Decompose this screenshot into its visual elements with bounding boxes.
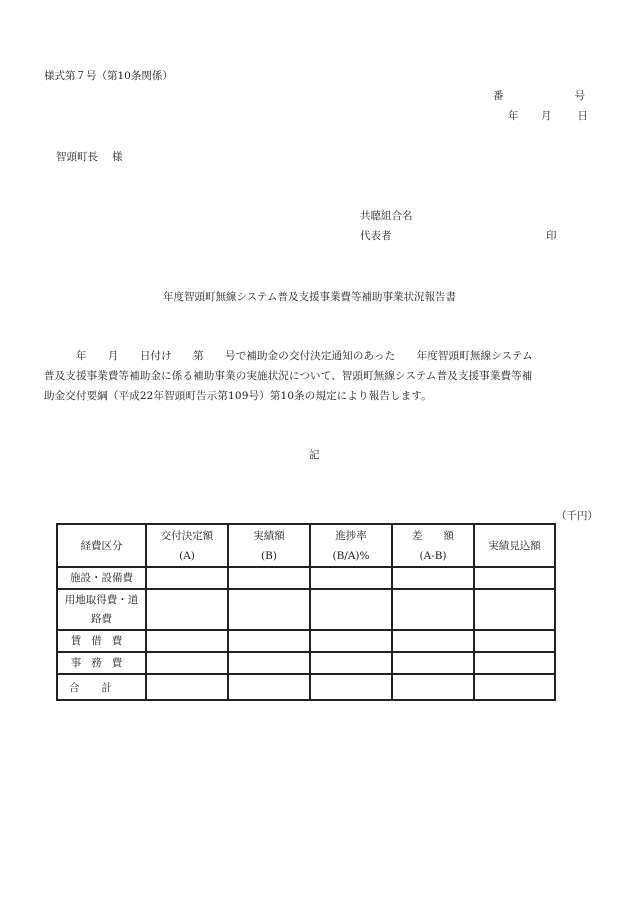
date-month: 月 <box>541 108 552 123</box>
table-row: 事務費 <box>57 652 555 674</box>
cell-difference[interactable] <box>392 674 474 700</box>
cell-expected-amount[interactable] <box>474 652 555 674</box>
cell-difference[interactable] <box>392 630 474 652</box>
cell-grant-amount[interactable] <box>146 589 228 630</box>
cell-grant-amount[interactable] <box>146 652 228 674</box>
table-row: 賃借費 <box>57 630 555 652</box>
unit-label: （千円） <box>556 508 598 523</box>
body-line-3: 助金交付要綱（平成22年智頭町告示第109号）第10条の規定により報告します。 <box>44 386 592 406</box>
cell-difference[interactable] <box>392 652 474 674</box>
cell-expected-amount[interactable] <box>474 674 555 700</box>
cell-difference[interactable] <box>392 567 474 589</box>
expense-report-table: 経費区分 交付決定額(A) 実績額(B) 進捗率(B/A)% 差 額(A-B) … <box>56 523 556 701</box>
table-header-row: 経費区分 交付決定額(A) 実績額(B) 進捗率(B/A)% 差 額(A-B) … <box>57 524 555 567</box>
cell-difference[interactable] <box>392 589 474 630</box>
body-line-1: 年 月 日付け 第 号で補助金の交付決定通知のあった 年度智頭町無線システム <box>44 346 592 366</box>
row-category: 賃借費 <box>57 630 146 652</box>
header-actual-amount: 実績額(B) <box>228 524 310 567</box>
cell-progress-rate[interactable] <box>310 674 392 700</box>
cell-actual-amount[interactable] <box>228 652 310 674</box>
row-category: 施設・設備費 <box>57 567 146 589</box>
cell-progress-rate[interactable] <box>310 567 392 589</box>
addressee: 智頭町長様 <box>56 149 123 164</box>
row-category: 事務費 <box>57 652 146 674</box>
document-number-suffix: 号 <box>575 88 586 103</box>
header-grant-amount: 交付決定額(A) <box>146 524 228 567</box>
cell-actual-amount[interactable] <box>228 589 310 630</box>
row-category: 合計 <box>57 674 146 700</box>
row-category: 用地取得費・道路費 <box>57 589 146 630</box>
cell-progress-rate[interactable] <box>310 652 392 674</box>
seal-label: 印 <box>546 228 557 243</box>
header-expected-amount: 実績見込額 <box>474 524 555 567</box>
form-number: 様式第７号（第10条関係） <box>44 68 173 83</box>
header-difference: 差 額(A-B) <box>392 524 474 567</box>
document-number-prefix: 番 <box>493 88 504 103</box>
table-row: 用地取得費・道路費 <box>57 589 555 630</box>
cell-actual-amount[interactable] <box>228 630 310 652</box>
date-day: 日 <box>578 108 589 123</box>
body-line-2: 普及支援事業費等補助金に係る補助事業の実施状況について、智頭町無線システム普及支… <box>44 366 592 386</box>
addressee-name: 智頭町長 <box>56 151 98 163</box>
addressee-honorific: 様 <box>112 151 123 163</box>
ki-heading: 記 <box>309 447 320 462</box>
cell-progress-rate[interactable] <box>310 589 392 630</box>
table-total-row: 合計 <box>57 674 555 700</box>
cell-expected-amount[interactable] <box>474 567 555 589</box>
header-category: 経費区分 <box>57 524 146 567</box>
cell-grant-amount[interactable] <box>146 630 228 652</box>
cell-progress-rate[interactable] <box>310 630 392 652</box>
table-row: 施設・設備費 <box>57 567 555 589</box>
cell-expected-amount[interactable] <box>474 589 555 630</box>
date-year: 年 <box>508 108 519 123</box>
cell-actual-amount[interactable] <box>228 567 310 589</box>
report-body: 年 月 日付け 第 号で補助金の交付決定通知のあった 年度智頭町無線システム 普… <box>44 346 592 406</box>
cell-actual-amount[interactable] <box>228 674 310 700</box>
cell-grant-amount[interactable] <box>146 674 228 700</box>
cell-expected-amount[interactable] <box>474 630 555 652</box>
cell-grant-amount[interactable] <box>146 567 228 589</box>
representative-label: 代表者 <box>360 228 392 243</box>
header-progress-rate: 進捗率(B/A)% <box>310 524 392 567</box>
document-title: 年度智頭町無線システム普及支援事業費等補助事業状況報告書 <box>163 289 456 304</box>
org-name-label: 共聴組合名 <box>360 208 413 223</box>
